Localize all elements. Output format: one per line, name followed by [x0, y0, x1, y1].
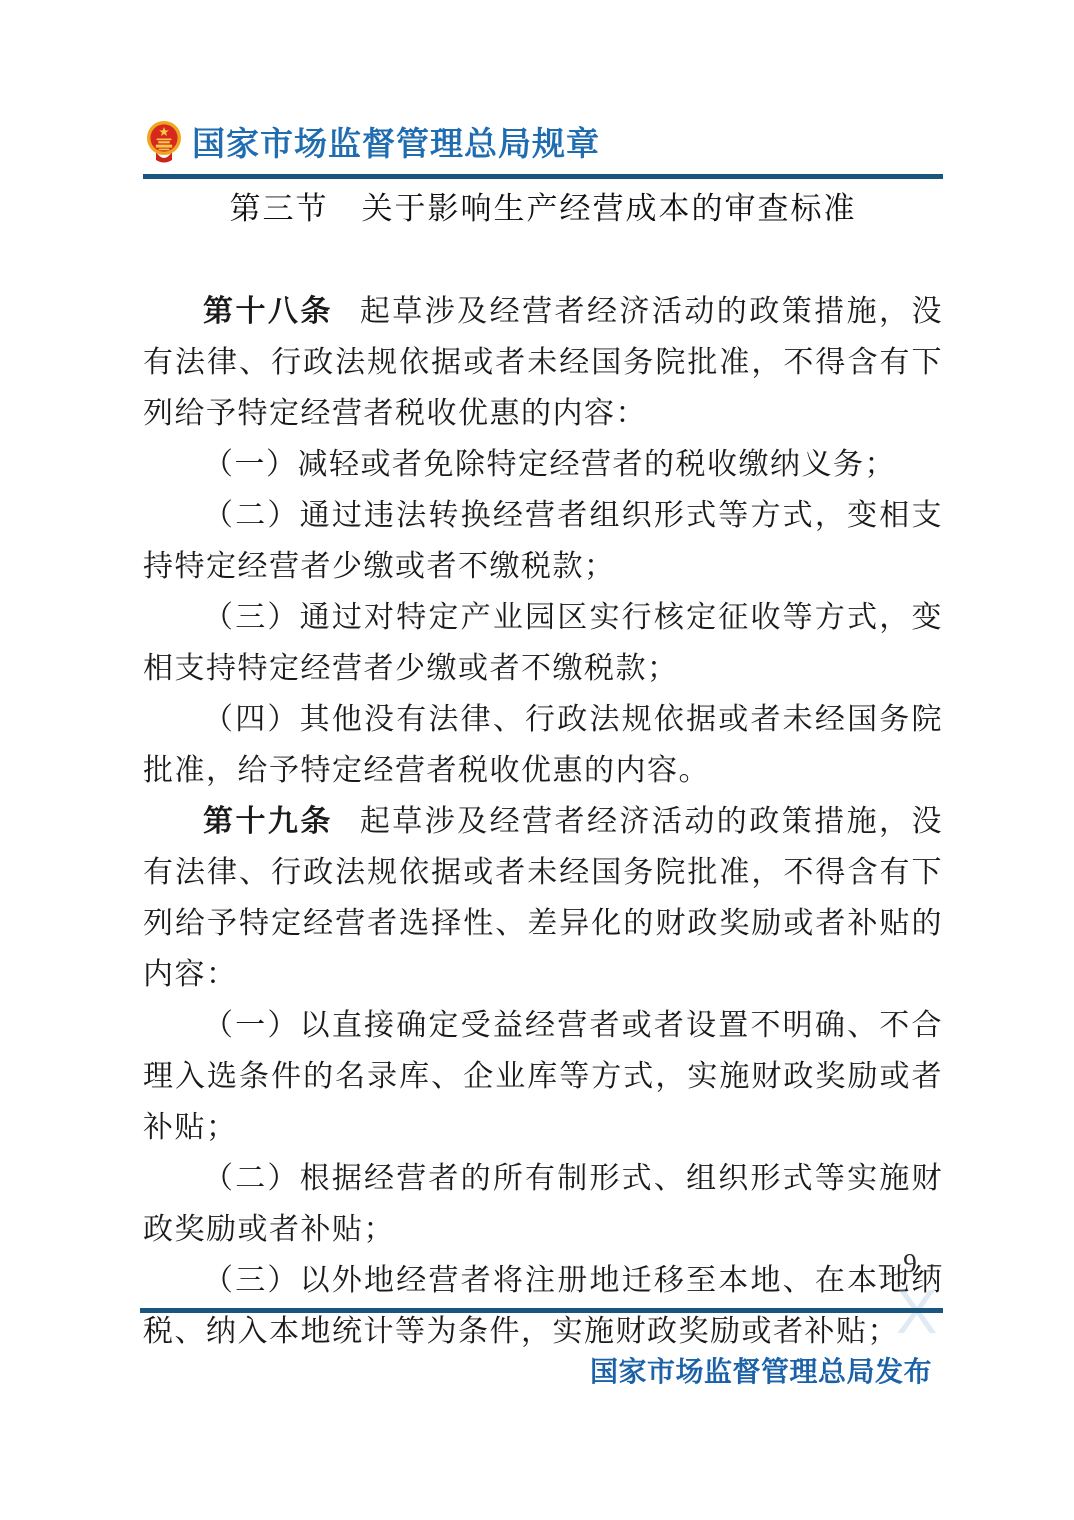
- page-number: – 9 –: [143, 1248, 943, 1279]
- watermark-x-icon: X: [896, 1282, 937, 1344]
- article-paragraph: 第十九条起草涉及经营者经济活动的政策措施，没有法律、行政法规依据或者未经国务院批…: [143, 796, 943, 1000]
- header-title: 国家市场监督管理总局规章: [192, 123, 600, 160]
- document-page: 国家市场监督管理总局规章 第三节 关于影响生产经营成本的审查标准 第十八条起草涉…: [0, 0, 1074, 1520]
- article-paragraph: 第十八条起草涉及经营者经济活动的政策措施，没有法律、行政法规依据或者未经国务院批…: [143, 286, 943, 439]
- article-item: （三）通过对特定产业园区实行核定征收等方式，变相支持特定经营者少缴或者不缴税款；: [143, 592, 943, 694]
- article-item: （四）其他没有法律、行政法规依据或者未经国务院批准，给予特定经营者税收优惠的内容…: [143, 694, 943, 796]
- article-item: （二）根据经营者的所有制形式、组织形式等实施财政奖励或者补贴；: [143, 1153, 943, 1255]
- article-item: （二）通过违法转换经营者组织形式等方式，变相支持特定经营者少缴或者不缴税款；: [143, 490, 943, 592]
- footer-publisher: 国家市场监督管理总局发布: [590, 1350, 932, 1390]
- china-national-emblem-icon: [146, 118, 182, 164]
- document-body: 第十八条起草涉及经营者经济活动的政策措施，没有法律、行政法规依据或者未经国务院批…: [143, 286, 943, 1357]
- article-number: 第十九条: [203, 805, 333, 838]
- article-item: （一）减轻或者免除特定经营者的税收缴纳义务；: [143, 439, 943, 490]
- section-title: 第三节 关于影响生产经营成本的审查标准: [143, 189, 943, 229]
- header-divider: [143, 174, 943, 179]
- article-item: （一）以直接确定受益经营者或者设置不明确、不合理入选条件的名录库、企业库等方式，…: [143, 1000, 943, 1153]
- article-number: 第十八条: [203, 295, 333, 328]
- footer-divider: [140, 1308, 943, 1313]
- page-header: 国家市场监督管理总局规章: [146, 118, 600, 164]
